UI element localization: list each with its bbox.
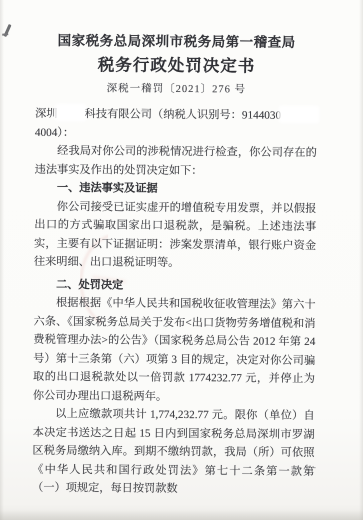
document-number: 深税一稽罚〔2021〕276 号: [35, 81, 317, 99]
redaction-box-taxid: [281, 108, 317, 121]
section-1-heading: 一、违法事实及证据: [34, 179, 316, 200]
page-number: - 1 -: [298, 462, 317, 472]
company-name-suffix: 科技有限公司: [85, 108, 153, 121]
taxpayer-id-prefix: 9144030: [242, 109, 281, 121]
document-title: 税务行政处罚决定书: [35, 53, 317, 79]
taxpayer-id-label: （纳税人识别号：: [152, 109, 242, 122]
redaction-box-company: [58, 106, 85, 119]
section-2-heading: 二、处罚决定: [34, 275, 316, 296]
scanned-document-page: 国家税务总局深圳市税务局第一稽查局 税务行政处罚决定书 深税一稽罚〔2021〕2…: [0, 0, 363, 520]
taxpayer-id-suffix: 4004）：: [35, 126, 74, 138]
issuing-authority: 国家税务总局深圳市税务局第一稽查局: [36, 31, 318, 53]
intro-paragraph: 经我局对你公司的涉税情况进行检查，你公司存在的违法事实及作出的处罚决定如下：: [35, 142, 317, 181]
company-name-prefix: 深圳: [35, 108, 58, 120]
section-2-paragraph-1: 根据根据《中华人民共和国税收征收管理法》第六十六条、《国家税务总局关于发布<出口…: [33, 294, 316, 407]
section-2-paragraph-2: 以上应缴款项共计 1,774,232.77 元。限你（单位）自本决定书送达之日起…: [32, 405, 315, 500]
section-1-paragraph: 你公司接受已证实虚开的增值税专用发票，并以假报出口的方式骗取国家出口退税款，是骗…: [34, 197, 317, 273]
recipient-line: 深圳科技有限公司（纳税人识别号：91440304004）：: [35, 105, 317, 144]
document-content: 国家税务总局深圳市税务局第一稽查局 税务行政处罚决定书 深税一稽罚〔2021〕2…: [0, 0, 363, 500]
